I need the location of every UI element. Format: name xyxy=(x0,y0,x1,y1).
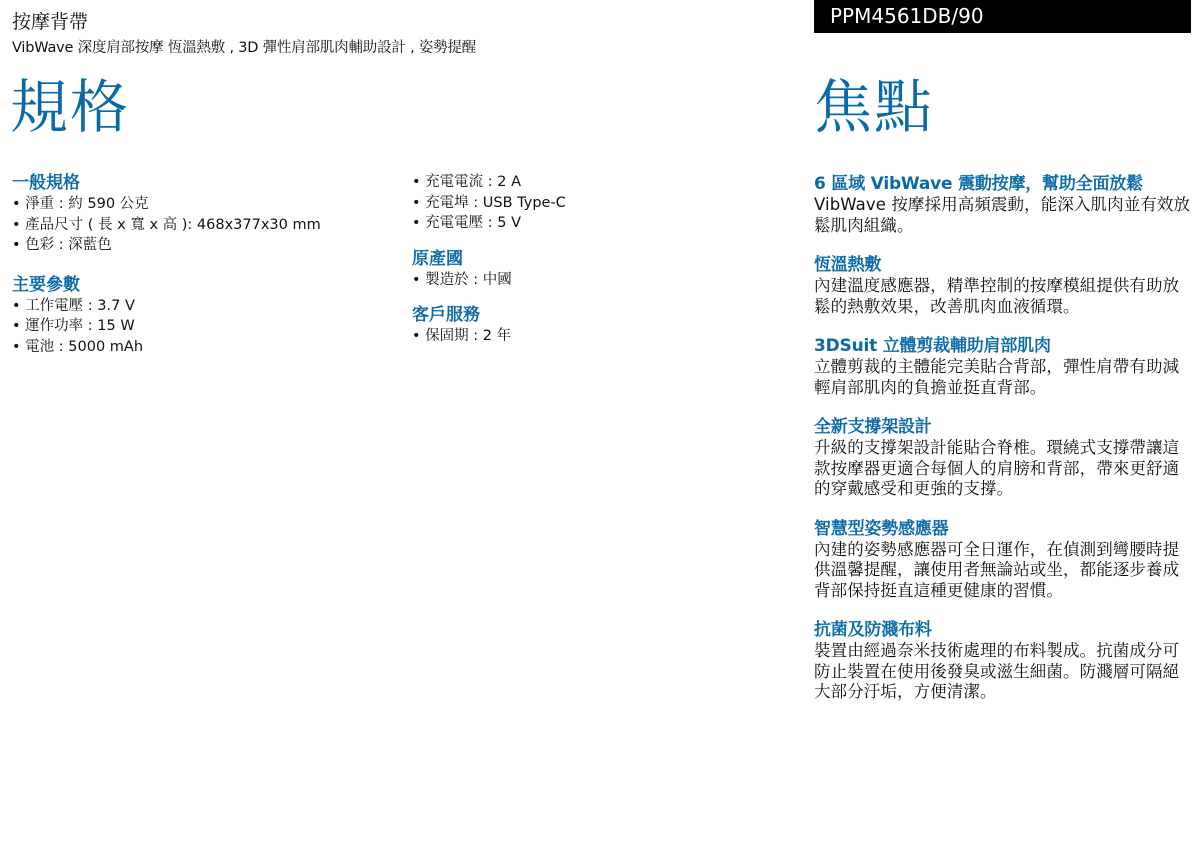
model-number-bar: PPM4561DB/90 xyxy=(814,0,1191,33)
general-specs-list: 淨重 : 約 590 公克 產品尺寸 ( 長 x 寬 x 高 ): 468x37… xyxy=(12,194,392,256)
highlights-column: 6 區域 VibWave 震動按摩，幫助全面放鬆 VibWave 按摩採用高頻震… xyxy=(814,174,1194,722)
charging-params-list: 充電電流 : 2 A 充電埠 : USB Type-C 充電電壓 : 5 V xyxy=(412,172,792,234)
product-name: 按摩背帶 xyxy=(12,10,88,34)
spec-item: 製造於 : 中國 xyxy=(412,270,792,291)
origin-list: 製造於 : 中國 xyxy=(412,270,792,291)
spec-item: 充電埠 : USB Type-C xyxy=(412,193,792,214)
feature-block: 恆溫熱敷 內建溫度感應器，精準控制的按摩模組提供有助放鬆的熱敷效果，改善肌肉血液… xyxy=(814,255,1194,317)
spec-item: 產品尺寸 ( 長 x 寬 x 高 ): 468x377x30 mm xyxy=(12,215,392,236)
feature-heading: 恆溫熱敷 xyxy=(814,255,1194,276)
spec-item: 保固期 : 2 年 xyxy=(412,326,792,347)
spec-item: 工作電壓 : 3.7 V xyxy=(12,296,392,317)
feature-block: 3DSuit 立體剪裁輔助肩部肌肉 立體剪裁的主體能完美貼合背部，彈性肩帶有助減… xyxy=(814,336,1194,398)
feature-body: 內建溫度感應器，精準控制的按摩模組提供有助放鬆的熱敷效果，改善肌肉血液循環。 xyxy=(814,276,1194,317)
feature-heading: 智慧型姿勢感應器 xyxy=(814,519,1194,540)
section-heading-origin: 原產國 xyxy=(412,248,792,270)
spec-item: 色彩 : 深藍色 xyxy=(12,235,392,256)
feature-block: 6 區域 VibWave 震動按摩，幫助全面放鬆 VibWave 按摩採用高頻震… xyxy=(814,174,1194,236)
spec-item: 電池 : 5000 mAh xyxy=(12,337,392,358)
feature-body: 內建的姿勢感應器可全日運作，在偵測到彎腰時提供溫馨提醒，讓使用者無論站或坐，都能… xyxy=(814,540,1194,602)
feature-heading: 3DSuit 立體剪裁輔助肩部肌肉 xyxy=(814,336,1194,357)
feature-body: VibWave 按摩採用高頻震動，能深入肌肉並有效放鬆肌肉組織。 xyxy=(814,195,1194,236)
spec-item: 充電電流 : 2 A xyxy=(412,172,792,193)
feature-block: 抗菌及防濺布料 裝置由經過奈米技術處理的布料製成。抗菌成分可防止裝置在使用後發臭… xyxy=(814,620,1194,703)
feature-body: 立體剪裁的主體能完美貼合背部，彈性肩帶有助減輕肩部肌肉的負擔並挺直背部。 xyxy=(814,357,1194,398)
specs-column-1: 一般規格 淨重 : 約 590 公克 產品尺寸 ( 長 x 寬 x 高 ): 4… xyxy=(12,172,392,357)
specifications-title: 規格 xyxy=(10,74,130,140)
product-subtitle: VibWave 深度肩部按摩 恆溫熱敷 , 3D 彈性肩部肌肉輔助設計 , 姿勢… xyxy=(12,38,476,58)
feature-heading: 抗菌及防濺布料 xyxy=(814,620,1194,641)
spec-item: 淨重 : 約 590 公克 xyxy=(12,194,392,215)
feature-block: 全新支撐架設計 升級的支撐架設計能貼合脊椎。環繞式支撐帶讓這款按摩器更適合每個人… xyxy=(814,417,1194,500)
feature-block: 智慧型姿勢感應器 內建的姿勢感應器可全日運作，在偵測到彎腰時提供溫馨提醒，讓使用… xyxy=(814,519,1194,602)
section-heading-general: 一般規格 xyxy=(12,172,392,194)
main-params-list: 工作電壓 : 3.7 V 運作功率 : 15 W 電池 : 5000 mAh xyxy=(12,296,392,358)
feature-body: 升級的支撐架設計能貼合脊椎。環繞式支撐帶讓這款按摩器更適合每個人的肩膀和背部，帶… xyxy=(814,438,1194,500)
feature-heading: 6 區域 VibWave 震動按摩，幫助全面放鬆 xyxy=(814,174,1194,195)
highlights-title: 焦點 xyxy=(814,74,934,140)
section-heading-customer-service: 客戶服務 xyxy=(412,304,792,326)
spec-item: 運作功率 : 15 W xyxy=(12,316,392,337)
section-heading-main-params: 主要參數 xyxy=(12,274,392,296)
feature-heading: 全新支撐架設計 xyxy=(814,417,1194,438)
specs-column-2: 充電電流 : 2 A 充電埠 : USB Type-C 充電電壓 : 5 V 原… xyxy=(412,172,792,347)
customer-service-list: 保固期 : 2 年 xyxy=(412,326,792,347)
spec-item: 充電電壓 : 5 V xyxy=(412,213,792,234)
feature-body: 裝置由經過奈米技術處理的布料製成。抗菌成分可防止裝置在使用後發臭或滋生細菌。防濺… xyxy=(814,641,1194,703)
